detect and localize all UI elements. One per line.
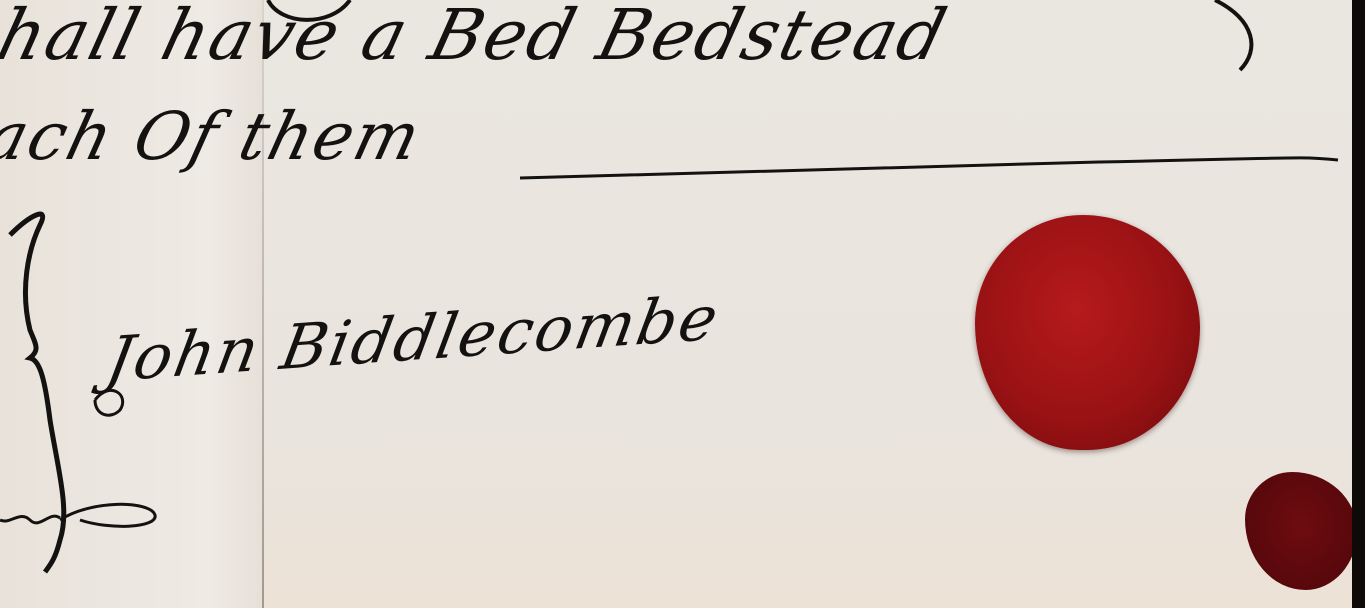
page-edge-shadow bbox=[1352, 0, 1365, 608]
rule-line bbox=[520, 158, 1338, 178]
document-page: hall have a Bed Bedstead ach Of them Joh… bbox=[0, 0, 1352, 608]
wax-seal bbox=[975, 215, 1200, 450]
